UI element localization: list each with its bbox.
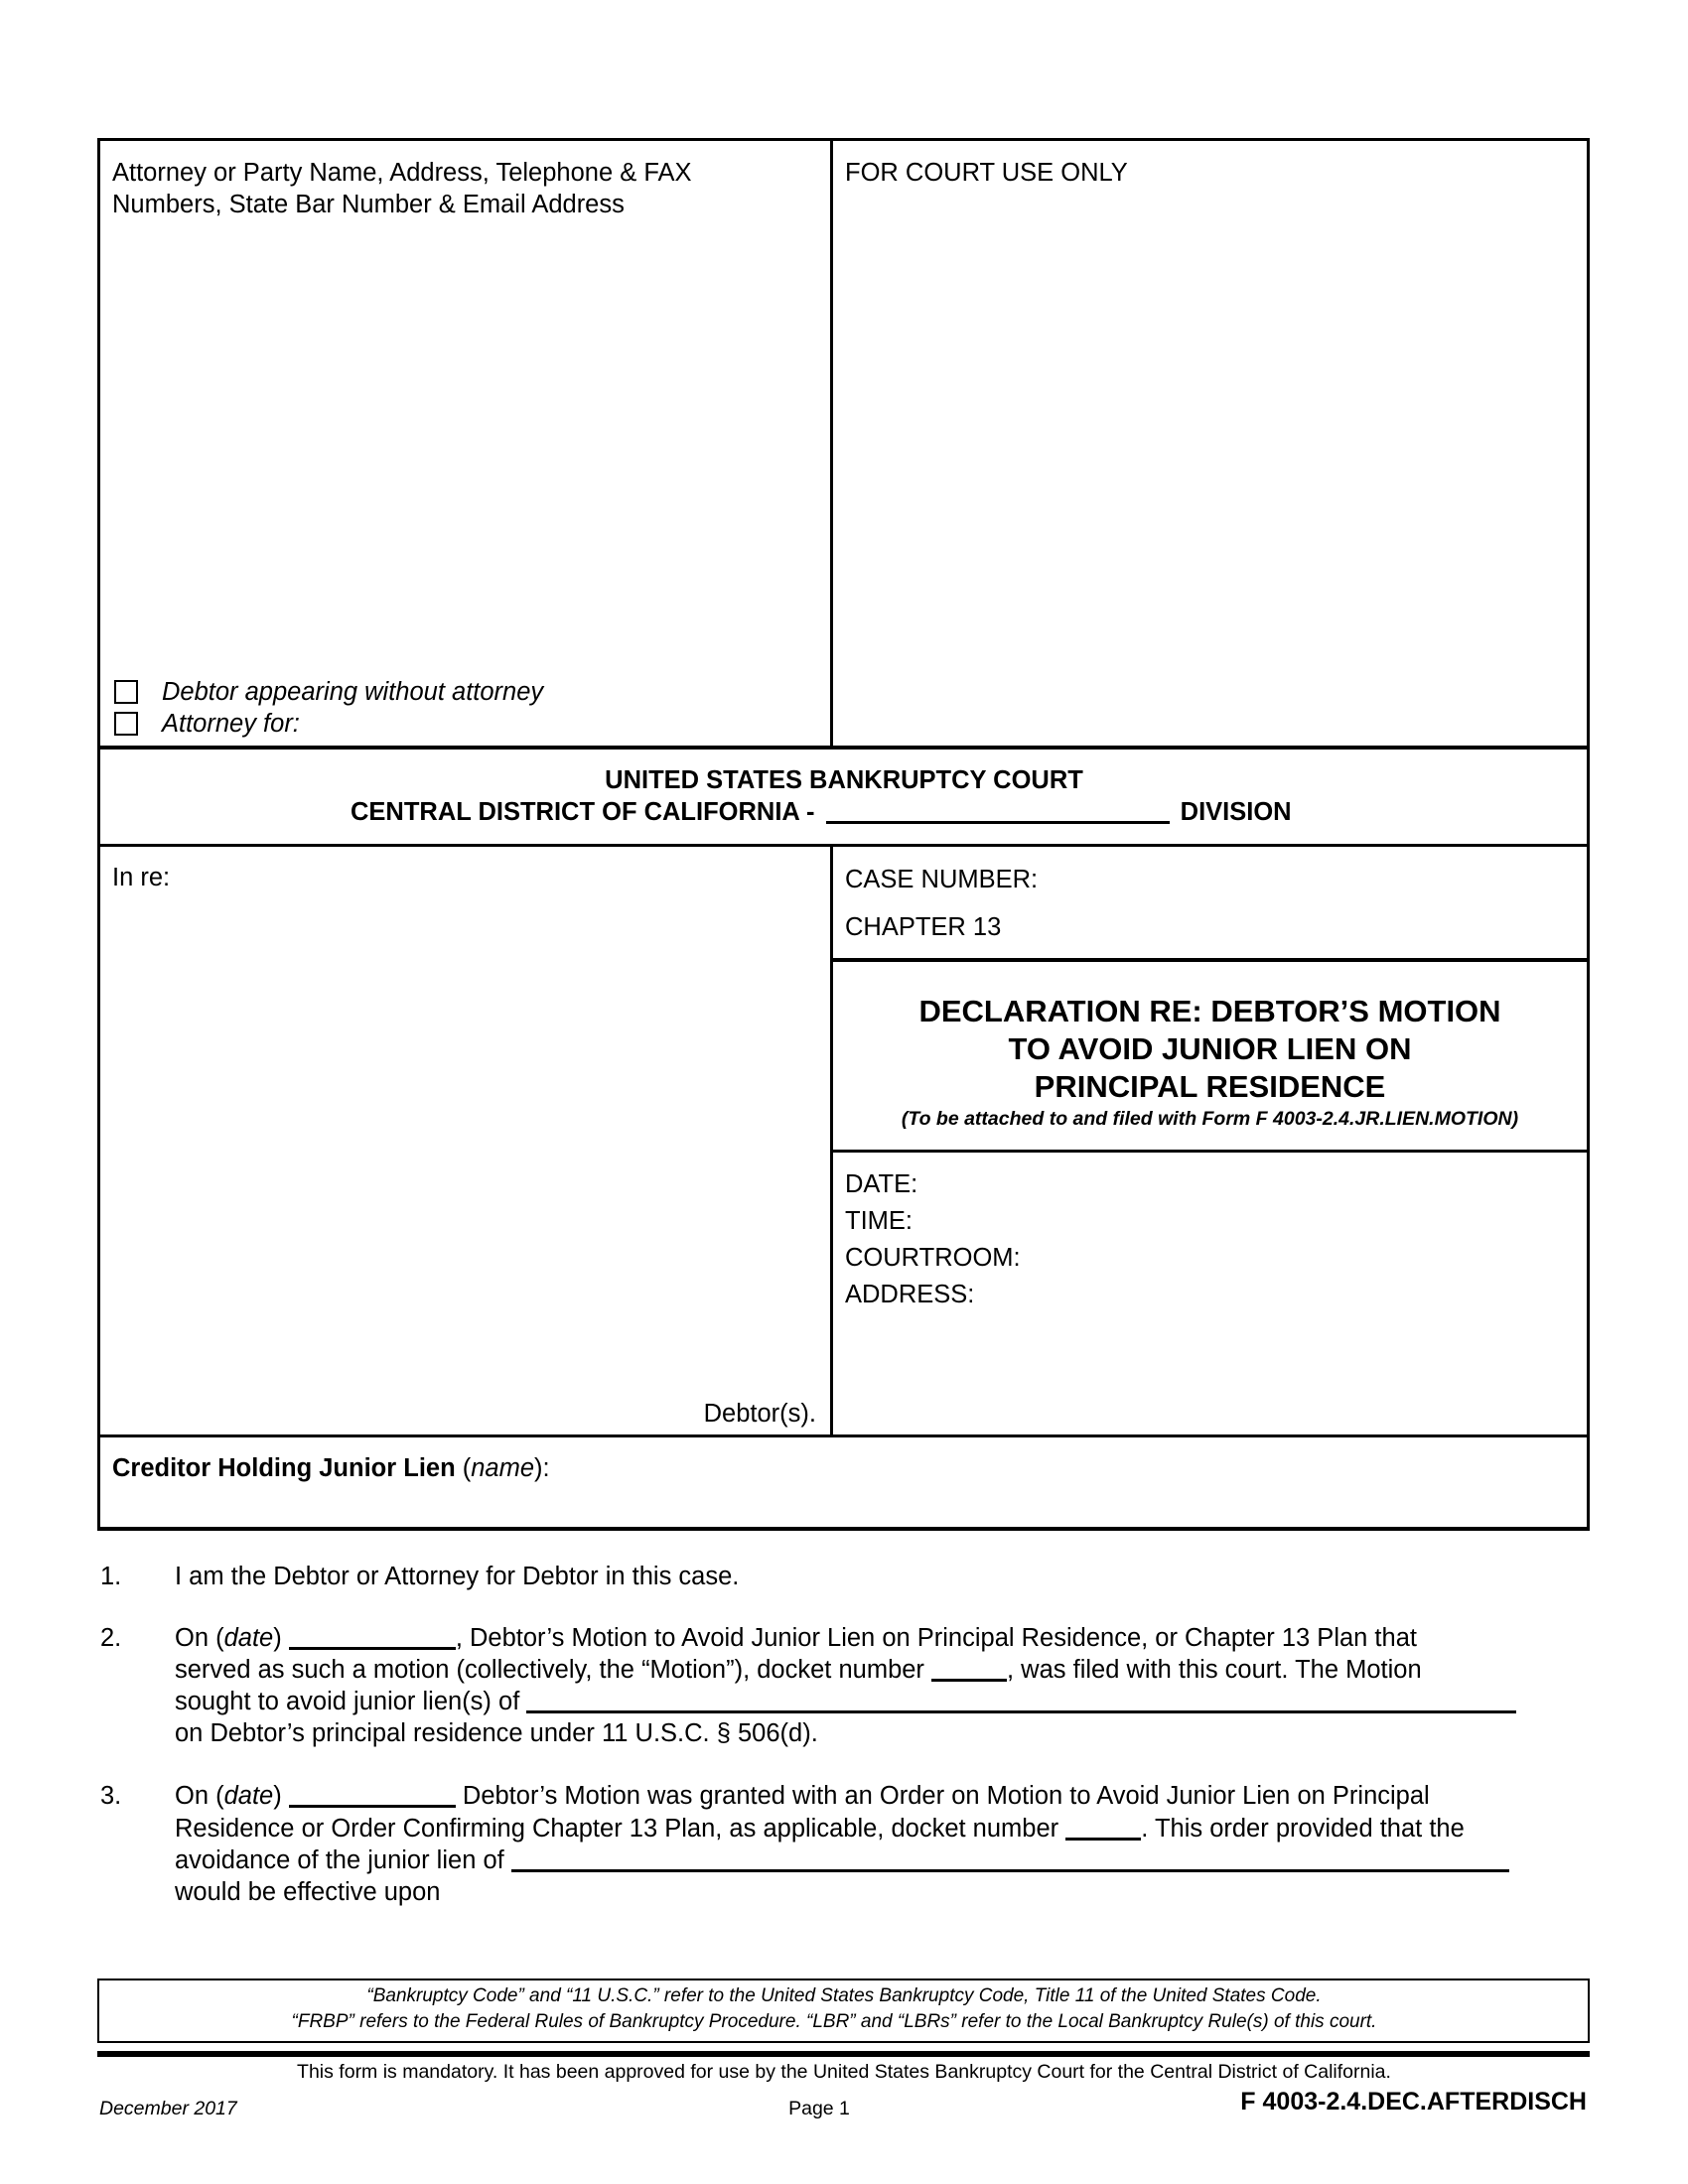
form-title-line-2: TO AVOID JUNIOR LIEN ON xyxy=(832,1030,1588,1068)
creditor-label-bold: Creditor Holding Junior Lien xyxy=(112,1454,456,1482)
item-3-line-1-rest: Debtor’s Motion was granted with an Orde… xyxy=(456,1782,1430,1810)
item-2-date-word: date xyxy=(224,1624,274,1652)
mandatory-notice: This form is mandatory. It has been appr… xyxy=(99,2060,1589,2084)
item-2-line-3: sought to avoid junior lien(s) of xyxy=(175,1686,1516,1717)
hearing-courtroom-label: COURTROOM: xyxy=(845,1242,1021,1274)
item-2-on: On ( xyxy=(175,1624,224,1652)
in-re-label: In re: xyxy=(112,862,170,893)
case-number-box-bottom xyxy=(830,958,1590,962)
attorney-info-label: Attorney or Party Name, Address, Telepho… xyxy=(112,157,692,189)
table-left-border xyxy=(97,138,100,1531)
form-title-line-1: DECLARATION RE: DEBTOR’S MOTION xyxy=(832,993,1588,1030)
top-column-divider xyxy=(830,138,833,748)
creditor-paren-open: ( xyxy=(456,1454,472,1482)
division-input[interactable] xyxy=(826,797,1170,824)
attorney-for-label: Attorney for: xyxy=(162,708,300,740)
footnote-line-2: “FRBP” refers to the Federal Rules of Ba… xyxy=(99,2010,1569,2034)
hearing-address-label: ADDRESS: xyxy=(845,1279,974,1310)
item-3-on: On ( xyxy=(175,1782,224,1810)
footer-heavy-rule xyxy=(97,2051,1590,2057)
court-district-line: CENTRAL DISTRICT OF CALIFORNIA - DIVISIO… xyxy=(351,796,1292,828)
item-3-line-4: would be effective upon xyxy=(175,1876,440,1908)
creditor-paren-close: ): xyxy=(534,1454,550,1482)
item-3-line-2-rest: . This order provided that the xyxy=(1141,1815,1465,1843)
creditor-name-hint: name xyxy=(471,1454,534,1482)
attorney-info-label-2: Numbers, State Bar Number & Email Addres… xyxy=(112,189,625,220)
creditor-label: Creditor Holding Junior Lien (name): xyxy=(112,1452,550,1484)
debtor-without-attorney-checkbox[interactable] xyxy=(114,680,138,704)
item-2-date-input[interactable] xyxy=(289,1623,456,1650)
item-2-line-1: On (date) , Debtor’s Motion to Avoid Jun… xyxy=(175,1622,1417,1654)
item-2-line-2-rest: , was filed with this court. The Motion xyxy=(1007,1656,1422,1684)
hearing-date-label: DATE: xyxy=(845,1168,917,1200)
district-prefix: CENTRAL DISTRICT OF CALIFORNIA - xyxy=(351,798,814,826)
item-3-line-2: Residence or Order Confirming Chapter 13… xyxy=(175,1813,1465,1844)
attorney-for-checkbox[interactable] xyxy=(114,712,138,736)
form-subtitle: (To be attached to and filed with Form F… xyxy=(832,1107,1588,1131)
title-box-bottom xyxy=(830,1150,1590,1153)
item-2-docket-text: served as such a motion (collectively, t… xyxy=(175,1656,931,1684)
item-2-line-4: on Debtor’s principal residence under 11… xyxy=(175,1717,818,1749)
item-3-date-word: date xyxy=(224,1782,274,1810)
court-name: UNITED STATES BANKRUPTCY COURT xyxy=(99,764,1589,796)
item-3-paren: ) xyxy=(273,1782,289,1810)
item-2-lien-text: sought to avoid junior lien(s) of xyxy=(175,1688,526,1715)
footnote-line-1: “Bankruptcy Code” and “11 U.S.C.” refer … xyxy=(99,1984,1589,2008)
item-3-line-3: avoidance of the junior lien of xyxy=(175,1844,1509,1876)
attorney-row-bottom xyxy=(97,746,1590,750)
item-2-line-1-rest: , Debtor’s Motion to Avoid Junior Lien o… xyxy=(456,1624,1417,1652)
item-1-number: 1. xyxy=(100,1561,121,1592)
item-2-docket-input[interactable] xyxy=(931,1655,1007,1682)
item-1-text: I am the Debtor or Attorney for Debtor i… xyxy=(175,1561,739,1592)
item-2-number: 2. xyxy=(100,1622,121,1654)
debtor-without-attorney-label: Debtor appearing without attorney xyxy=(162,676,543,708)
chapter-label: CHAPTER 13 xyxy=(845,911,1001,943)
item-3-date-input[interactable] xyxy=(289,1781,456,1808)
case-number-label: CASE NUMBER: xyxy=(845,864,1038,895)
hearing-time-label: TIME: xyxy=(845,1205,913,1237)
table-top-border xyxy=(97,138,1590,141)
debtors-label: Debtor(s). xyxy=(704,1398,816,1430)
item-2-line-2: served as such a motion (collectively, t… xyxy=(175,1654,1422,1686)
item-2-lien-input[interactable] xyxy=(526,1687,1516,1713)
court-row-bottom xyxy=(97,844,1590,847)
revision-date: December 2017 xyxy=(99,2097,237,2120)
form-title-line-3: PRINCIPAL RESIDENCE xyxy=(832,1068,1588,1106)
table-bottom-border xyxy=(97,1527,1590,1531)
table-right-border xyxy=(1587,138,1590,1531)
form-code: F 4003-2.4.DEC.AFTERDISCH xyxy=(1240,2087,1587,2116)
item-3-lien-input[interactable] xyxy=(511,1845,1509,1872)
item-3-lien-text: avoidance of the junior lien of xyxy=(175,1846,511,1874)
item-3-number: 3. xyxy=(100,1780,121,1812)
division-suffix: DIVISION xyxy=(1181,798,1292,826)
item-3-docket-input[interactable] xyxy=(1065,1814,1141,1841)
hearing-row-bottom xyxy=(97,1434,1590,1437)
case-column-divider xyxy=(830,844,833,1436)
item-3-line-1: On (date) Debtor’s Motion was granted wi… xyxy=(175,1780,1430,1812)
item-3-docket-text: Residence or Order Confirming Chapter 13… xyxy=(175,1815,1065,1843)
court-use-only-label: FOR COURT USE ONLY xyxy=(845,157,1128,189)
item-2-paren: ) xyxy=(273,1624,289,1652)
page-number: Page 1 xyxy=(695,2097,943,2120)
